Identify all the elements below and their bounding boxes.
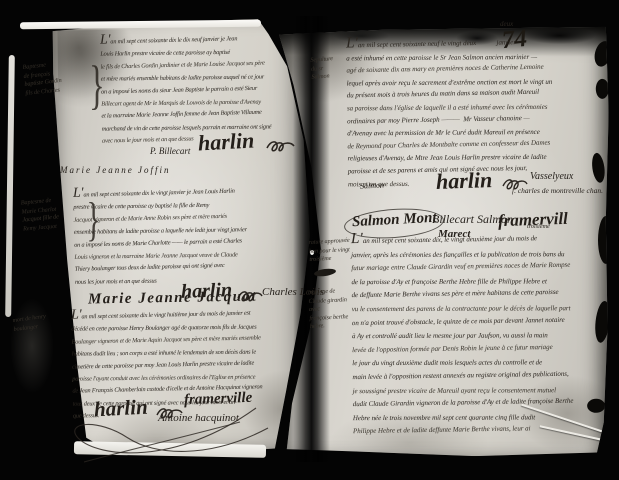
signature-billecart: P. Billecart	[150, 146, 190, 156]
manuscript-line: main levée à l'opposition restent annexé…	[352, 368, 573, 385]
ink-damage-blotch	[590, 152, 606, 183]
signature-vasselyeux: Vasselyeux	[530, 171, 573, 182]
right-entry-marriage-girardin: L'an mil sept cent soixante dix, le ving…	[351, 230, 574, 439]
margin-note-baptism-jacquot: Baptesme deMarie CharlotJacquot fille de…	[21, 196, 60, 233]
ink-damage-blotch	[598, 216, 614, 264]
ink-damage-blotch	[587, 399, 605, 413]
right-entry-burial-salmon: L'an mil sept cent soixante neuf le ving…	[346, 35, 554, 191]
manuscript-line: du présent mois à trois heures du matin …	[347, 86, 553, 103]
signature-harlin-1: harlin	[197, 128, 255, 157]
signature-montreville: f. charles de montreville chan.	[512, 186, 603, 195]
manuscript-line: de deffunte Marie Berthe vivans ses père…	[351, 286, 572, 303]
signature-salmon-small: Salmon	[360, 180, 384, 190]
margin-note-rature-approuvee: rature approuvéebon pour le vingttroisiè…	[308, 237, 350, 265]
left-entry-baptism-2: L'an mil sept cent soixante dix le vingt…	[73, 183, 248, 289]
margin-note-sepulture-salmon: Sepulturedu srSalmon	[310, 55, 334, 82]
interlinear-insert-deux: deux	[500, 20, 513, 28]
margin-note-mariage-girardin: mariage deClaude girardinavecfrançoise b…	[308, 287, 349, 332]
manuscript-line: dudit Claude Girardin vigneron de la par…	[353, 395, 574, 412]
signature-harlin-4: harlin	[436, 167, 493, 195]
manuscript-line: futur mariage entre Claude Girardin veuf…	[351, 259, 572, 276]
signature-flourish	[56, 400, 286, 470]
microfilm-frame: Baptesmede françoisbaptiste Gordinfils d…	[0, 0, 619, 480]
adjacent-page-edge	[5, 55, 15, 317]
signature-paraph-icon	[266, 138, 296, 154]
manuscript-line: L'an mil sept cent soixante neuf le ving…	[346, 33, 552, 52]
film-smudge	[10, 298, 54, 394]
manuscript-line: Philippe Hebre et de ladite deffunte Mar…	[353, 422, 574, 439]
ink-damage-blotch	[596, 79, 609, 99]
manuscript-line: Remy Jacquot	[23, 222, 60, 234]
manuscript-line: L'an mil sept cent soixante dix, le ving…	[351, 229, 572, 249]
signature-marie-jeanne-joffin: Marie Jeanne Joffin	[60, 165, 170, 175]
ink-damage-blotch	[592, 39, 614, 68]
ink-damage-blotch	[593, 300, 612, 343]
margin-note-baptism-gordin: Baptesmede françoisbaptiste Gordinfils d…	[22, 60, 63, 98]
manuscript-line: on n'a point trouvé d'obstacle, le quinz…	[352, 313, 573, 330]
manuscript-line: agé de soixante dix ans mary en première…	[346, 61, 552, 78]
manuscript-line: levée de l'opposition formée par Denis R…	[352, 340, 573, 357]
margin-note-death-boulanger: mort de henryboulanger	[12, 313, 47, 334]
manuscript-line: Salmon	[311, 72, 334, 82]
